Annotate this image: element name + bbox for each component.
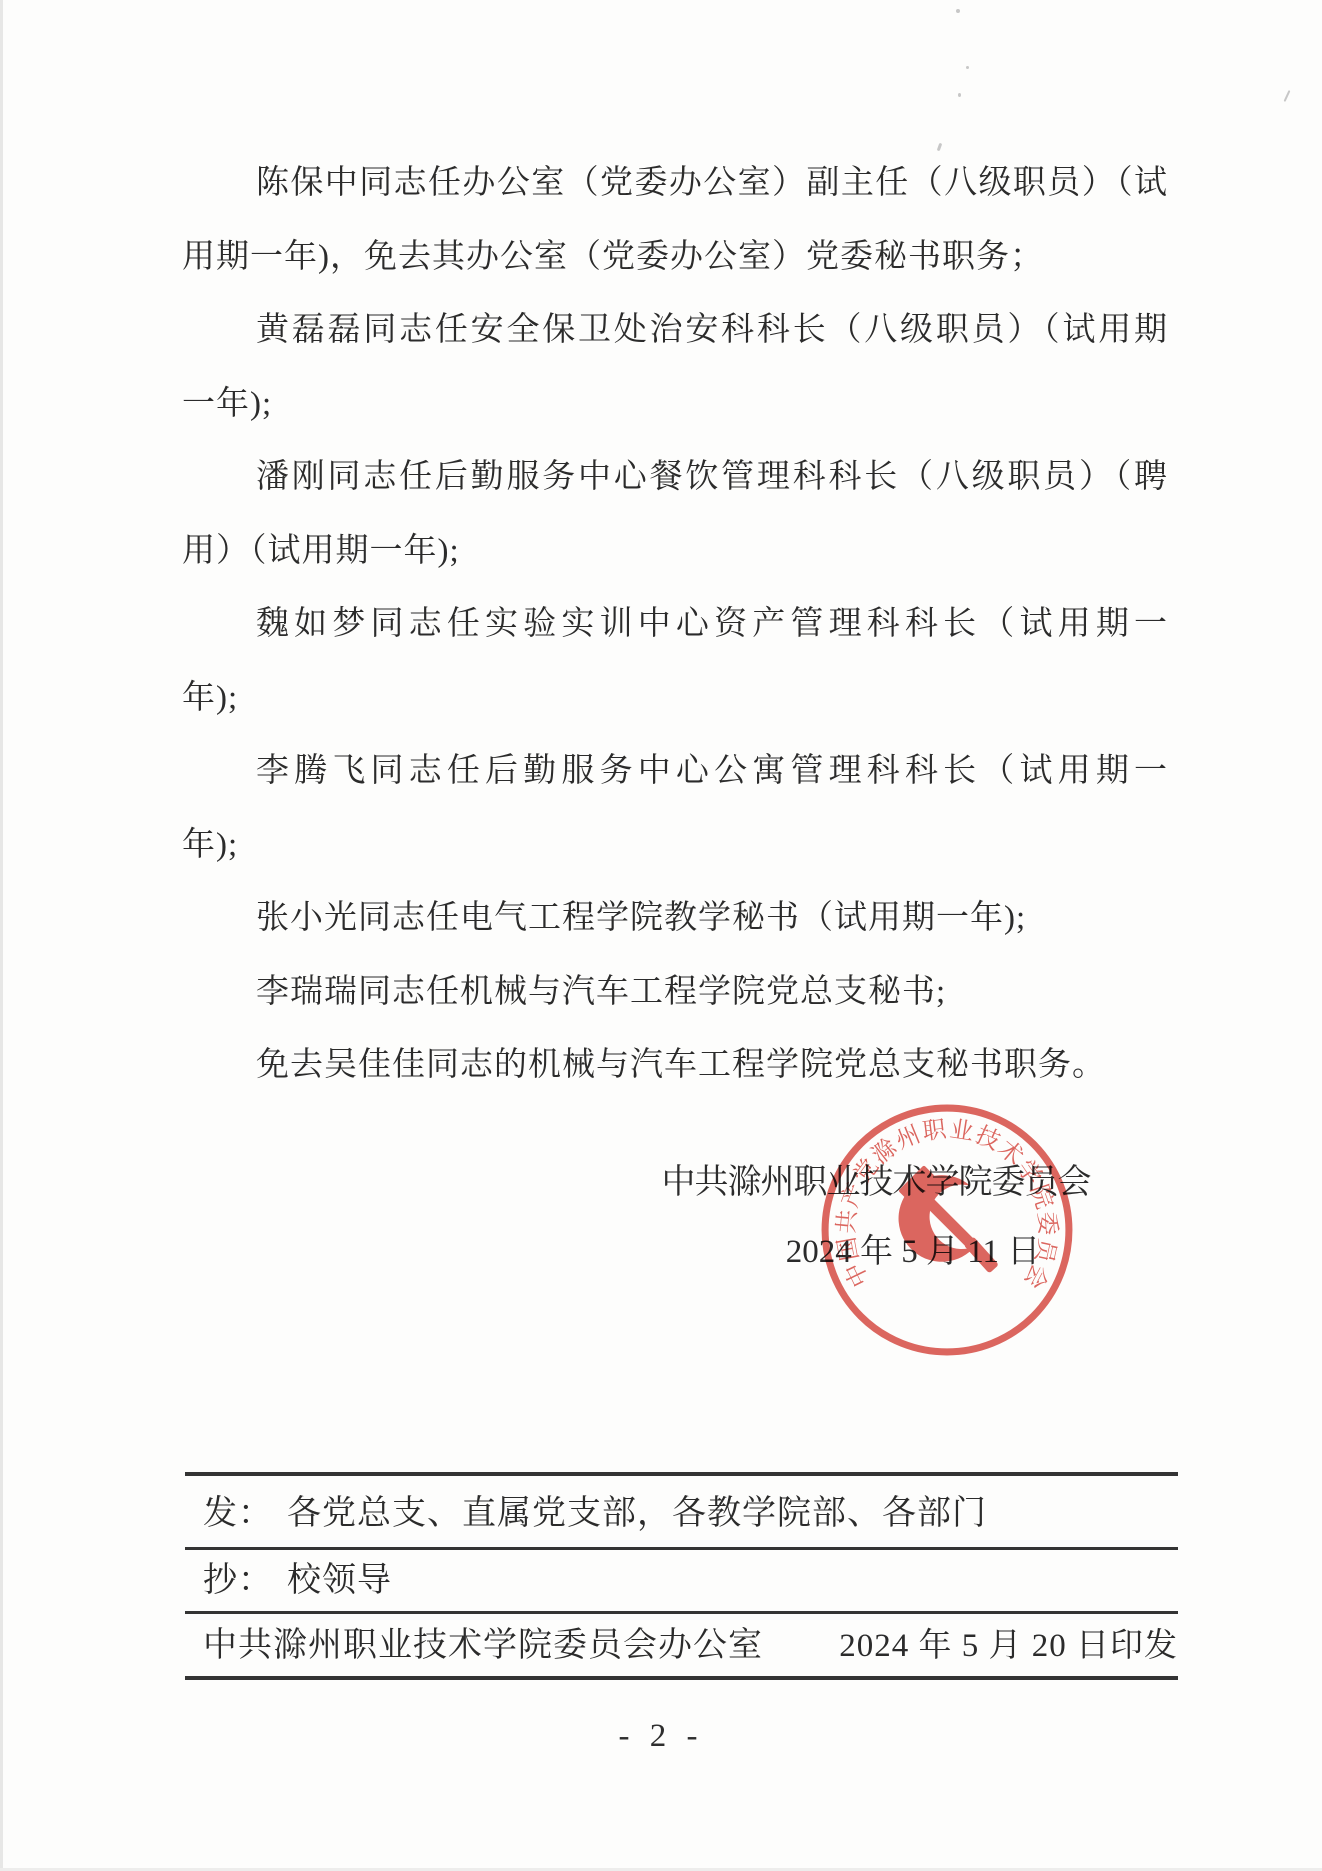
distribution-value: 各党总支、直属党支部，各教学院部、各部门 <box>287 1495 987 1532</box>
official-seal: 中国共产党滁州职业技术学院委员会 <box>816 1099 1078 1361</box>
scan-speck <box>958 93 961 97</box>
paragraph-line: 张小光同志任电气工程学院教学秘书（试用期一年); <box>182 882 1168 956</box>
distribution-row: 发：各党总支、直属党支部，各教学院部、各部门 <box>203 1484 1178 1544</box>
paragraph-line: 年); <box>182 662 1168 736</box>
seal-ring <box>825 1108 1069 1352</box>
paragraph-line: 免去吴佳佳同志的机械与汽车工程学院党总支秘书职务。 <box>182 1029 1168 1103</box>
page-number: - 2 - <box>0 1718 1322 1755</box>
footer-divider <box>185 1676 1178 1680</box>
scan-speck <box>966 66 969 69</box>
paragraph-line: 潘刚同志任后勤服务中心餐饮管理科科长（八级职员）（聘 <box>182 441 1168 515</box>
body-text: 陈保中同志任办公室（党委办公室）副主任（八级职员）（试 用期一年)，免去其办公室… <box>182 147 1168 1103</box>
scan-edge-left <box>0 0 3 1871</box>
print-date: 2024 年 5 月 20 日印发 <box>839 1617 1178 1675</box>
copy-value: 校领导 <box>287 1562 392 1599</box>
issuer-row: 中共滁州职业技术学院委员会办公室 2024 年 5 月 20 日印发 <box>203 1617 1178 1675</box>
paragraph-line: 用期一年)，免去其办公室（党委办公室）党委秘书职务； <box>182 221 1168 295</box>
paragraph-line: 年); <box>182 809 1168 883</box>
copy-label: 抄： <box>203 1562 273 1599</box>
paragraph-line: 陈保中同志任办公室（党委办公室）副主任（八级职员）（试 <box>182 147 1168 221</box>
paragraph-line: 李瑞瑞同志任机械与汽车工程学院党总支秘书; <box>182 956 1168 1030</box>
distribution-label: 发： <box>203 1495 273 1532</box>
document-page: 陈保中同志任办公室（党委办公室）副主任（八级职员）（试 用期一年)，免去其办公室… <box>0 0 1322 1871</box>
scan-speck <box>956 9 960 13</box>
footer-divider <box>185 1472 1178 1476</box>
paragraph-line: 李腾飞同志任后勤服务中心公寓管理科科长（试用期一 <box>182 735 1168 809</box>
paragraph-line: 魏如梦同志任实验实训中心资产管理科科长（试用期一 <box>182 588 1168 662</box>
footer-divider <box>185 1547 1178 1550</box>
paragraph-line: 用）（试用期一年); <box>182 515 1168 589</box>
hammer-sickle-icon <box>898 1165 999 1273</box>
scan-speck <box>1284 90 1291 102</box>
paragraph-line: 黄磊磊同志任安全保卫处治安科科长（八级职员）（试用期 <box>182 294 1168 368</box>
copy-row: 抄：校领导 <box>203 1552 1178 1610</box>
footer-divider <box>185 1611 1178 1614</box>
issuer-office: 中共滁州职业技术学院委员会办公室 <box>203 1617 763 1675</box>
paragraph-line: 一年); <box>182 368 1168 442</box>
